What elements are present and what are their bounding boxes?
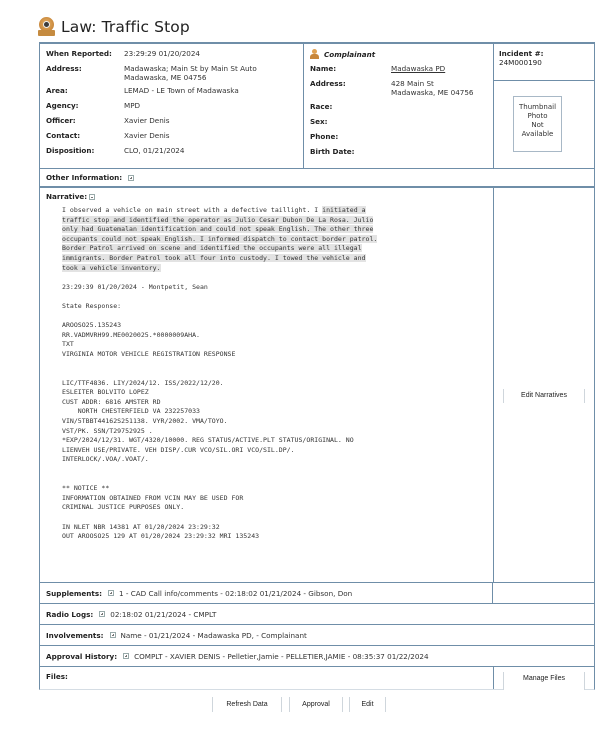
address-label: Address:: [46, 64, 124, 82]
refresh-data-button[interactable]: Refresh Data: [212, 697, 282, 712]
narrative-heading: Narrative:: [46, 192, 487, 201]
complainant-address-label: Address:: [310, 79, 391, 97]
other-information-label: Other Information:: [46, 173, 122, 182]
thumbnail-text: Available: [514, 130, 561, 139]
supplements-label: Supplements:: [46, 589, 102, 598]
address-field: Address: Madawaska; Main St by Main St A…: [46, 64, 297, 82]
complainant-birth-date-label: Birth Date:: [310, 147, 391, 156]
incident-number-panel: Incident #: 24M000190 Thumbnail Photo No…: [493, 44, 594, 168]
involvements-section: Involvements: Name - 01/21/2024 - Madawa…: [39, 625, 595, 646]
complainant-address-value: 428 Main St Madawaska, ME 04756: [391, 79, 474, 97]
files-actions: Manage Files: [493, 667, 594, 689]
collapse-minus-icon[interactable]: [89, 194, 95, 200]
when-reported-label: When Reported:: [46, 49, 124, 58]
narrative-entry-stamp: 23:29:39 01/20/2024 - Montpetit, Sean: [62, 283, 208, 291]
narrative-plain-text: I observed a vehicle on main street with…: [62, 206, 322, 214]
narrative-text: I observed a vehicle on main street with…: [62, 206, 487, 542]
agency-field: Agency: MPD: [46, 101, 297, 110]
area-value: LEMAD - LE Town of Madawaska: [124, 86, 239, 95]
contact-value: Xavier Denis: [124, 131, 170, 140]
contact-label: Contact:: [46, 131, 124, 140]
thumbnail-placeholder: Thumbnail Photo Not Available: [513, 96, 562, 152]
incident-number-label: Incident #:: [499, 49, 589, 58]
incident-number-value: 24M000190: [499, 58, 589, 67]
files-label: Files:: [40, 667, 493, 689]
expand-plus-icon[interactable]: [128, 175, 134, 181]
thumbnail-text: Not: [514, 121, 561, 130]
manage-files-button[interactable]: Manage Files: [503, 672, 585, 690]
complainant-heading-text: Complainant: [324, 50, 375, 59]
narrative-highlight: traffic stop and identified the operator…: [62, 216, 373, 224]
expand-plus-icon[interactable]: [108, 590, 114, 596]
radio-logs-section: Radio Logs: 02:18:02 01/21/2024 - CMPLT: [39, 604, 595, 625]
narrative-highlight: initiated a: [322, 206, 365, 214]
narrative-highlight: took a vehicle inventory.: [62, 264, 161, 272]
contact-field: Contact: Xavier Denis: [46, 131, 297, 140]
edit-narratives-button[interactable]: Edit Narratives: [503, 389, 585, 403]
approval-button[interactable]: Approval: [289, 697, 343, 712]
narrative-highlight: only had Guatemalan identification and c…: [62, 225, 373, 233]
expand-plus-icon[interactable]: [123, 653, 129, 659]
complainant-race-field: Race:: [310, 102, 487, 111]
expand-plus-icon[interactable]: [99, 611, 105, 617]
disposition-value: CLO, 01/21/2024: [124, 146, 184, 155]
narrative-section: Narrative: I observed a vehicle on main …: [39, 187, 595, 583]
officer-value: Xavier Denis: [124, 116, 170, 125]
address-line1: Madawaska; Main St by Main St Auto: [124, 64, 257, 73]
page-header: Law: Traffic Stop: [38, 16, 190, 38]
complainant-birth-date-field: Birth Date:: [310, 147, 487, 156]
files-section: Files: Manage Files: [39, 667, 595, 690]
radio-logs-text[interactable]: 02:18:02 01/21/2024 - CMPLT: [110, 610, 216, 619]
disposition-label: Disposition:: [46, 146, 124, 155]
complainant-race-label: Race:: [310, 102, 391, 111]
complainant-sex-label: Sex:: [310, 117, 391, 126]
other-information-section: Other Information:: [39, 169, 595, 188]
police-badge-icon: [38, 17, 55, 37]
edit-button[interactable]: Edit: [349, 697, 386, 712]
disposition-field: Disposition: CLO, 01/21/2024: [46, 146, 297, 155]
complainant-phone-label: Phone:: [310, 132, 391, 141]
complainant-phone-field: Phone:: [310, 132, 487, 141]
complainant-address-field: Address: 428 Main St Madawaska, ME 04756: [310, 79, 487, 97]
state-response-text: AROOSO25.135243 RR.VADMVRH99.ME0020025.*…: [62, 321, 354, 540]
narrative-highlight: occupants could not speak English. I inf…: [62, 235, 377, 243]
when-reported-value: 23:29:29 01/20/2024: [124, 49, 200, 58]
expand-plus-icon[interactable]: [110, 632, 116, 638]
agency-value: MPD: [124, 101, 140, 110]
complainant-heading: Complainant: [310, 49, 487, 59]
approval-history-text[interactable]: COMPLT - XAVIER DENIS - Pelletier,Jamie …: [134, 652, 429, 661]
area-field: Area: LEMAD - LE Town of Madawaska: [46, 86, 297, 95]
complainant-address-line1: 428 Main St: [391, 79, 434, 88]
thumbnail-text: Thumbnail: [514, 103, 561, 112]
page-title: Law: Traffic Stop: [61, 18, 190, 36]
involvements-label: Involvements:: [46, 631, 104, 640]
supplements-text[interactable]: 1 - CAD Call info/comments - 02:18:02 01…: [119, 589, 352, 598]
address-line2: Madawaska, ME 04756: [124, 73, 207, 82]
narrative-label: Narrative:: [46, 192, 87, 201]
approval-history-section: Approval History: COMPLT - XAVIER DENIS …: [39, 646, 595, 667]
state-response-heading: State Response:: [62, 302, 121, 310]
radio-logs-label: Radio Logs:: [46, 610, 93, 619]
narrative-body: Narrative: I observed a vehicle on main …: [40, 187, 493, 582]
officer-label: Officer:: [46, 116, 124, 125]
complainant-name-field: Name: Madawaska PD: [310, 64, 487, 73]
agency-label: Agency:: [46, 101, 124, 110]
area-label: Area:: [46, 86, 124, 95]
incident-summary-panel: When Reported: 23:29:29 01/20/2024 Addre…: [39, 42, 595, 169]
officer-field: Officer: Xavier Denis: [46, 116, 297, 125]
person-icon: [310, 49, 319, 59]
when-reported-field: When Reported: 23:29:29 01/20/2024: [46, 49, 297, 58]
narrative-highlight: Border Patrol arrived on scene and ident…: [62, 244, 362, 252]
involvements-text[interactable]: Name - 01/21/2024 - Madawaska PD, - Comp…: [121, 631, 307, 640]
incident-number: Incident #: 24M000190: [494, 44, 594, 81]
complainant-name-label: Name:: [310, 64, 391, 73]
complainant-address-line2: Madawaska, ME 04756: [391, 88, 474, 97]
narrative-highlight: immigrants. Border Patrol took all four …: [62, 254, 366, 262]
complainant-sex-field: Sex:: [310, 117, 487, 126]
narrative-actions: Edit Narratives: [493, 187, 594, 582]
thumbnail-text: Photo: [514, 112, 561, 121]
address-value: Madawaska; Main St by Main St Auto Madaw…: [124, 64, 257, 82]
complainant-panel: Complainant Name: Madawaska PD Address: …: [303, 44, 493, 168]
approval-history-label: Approval History:: [46, 652, 117, 661]
supplements-section: Supplements: 1 - CAD Call info/comments …: [39, 583, 595, 604]
complainant-name-link[interactable]: Madawaska PD: [391, 64, 445, 73]
incident-details: When Reported: 23:29:29 01/20/2024 Addre…: [40, 44, 303, 168]
